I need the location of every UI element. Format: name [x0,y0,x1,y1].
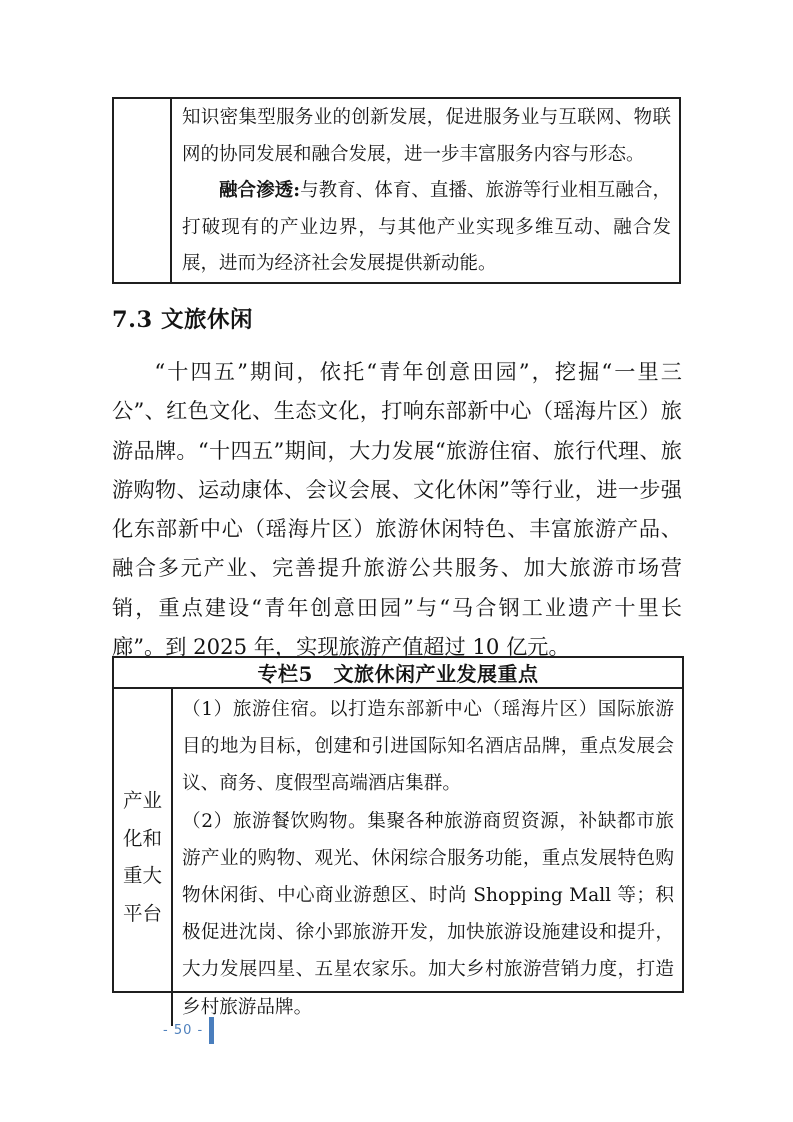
column5-content-cell: （1）旅游住宿。以打造东部新中心（瑶海片区）国际旅游目的地为目标，创建和引进国际… [173,689,682,1026]
section-paragraph: “十四五”期间，依托“青年创意田园”，挖掘“一里三公”、红色文化、生态文化，打响… [112,352,682,666]
column5-table-row: 产业 化和 重大 平台 （1）旅游住宿。以打造东部新中心（瑶海片区）国际旅游目的… [114,689,682,1026]
carryover-table-empty-cell [114,99,172,282]
carryover-paragraph-2: 融合渗透:与教育、体育、直播、旅游等行业相互融合，打破现有的产业边界，与其他产业… [182,173,671,283]
fusion-permeation-label: 融合渗透: [219,180,300,201]
column5-table-title: 专栏5 文旅休闲产业发展重点 [114,658,682,689]
carryover-paragraph-1: 知识密集型服务业的创新发展，促进服务业与互联网、物联网的协同发展和融合发展，进一… [182,100,671,173]
column5-item-2: （2）旅游餐饮购物。集聚各种旅游商贸资源，补缺都市旅游产业的购物、观光、休闲综合… [182,803,674,1026]
text-cursor-marker [209,1017,214,1044]
page-number: - 50 - [163,1023,203,1038]
section-heading: 7.3 文旅休闲 [112,302,253,334]
document-page: 知识密集型服务业的创新发展，促进服务业与互联网、物联网的协同发展和融合发展，进一… [0,0,793,1122]
page-footer: - 50 - [163,1016,214,1044]
column5-row-header: 产业 化和 重大 平台 [114,689,173,1026]
carryover-table-body-cell: 知识密集型服务业的创新发展，促进服务业与互联网、物联网的协同发展和融合发展，进一… [172,99,679,282]
carryover-table: 知识密集型服务业的创新发展，促进服务业与互联网、物联网的协同发展和融合发展，进一… [112,97,681,284]
column5-table: 专栏5 文旅休闲产业发展重点 产业 化和 重大 平台 （1）旅游住宿。以打造东部… [112,656,684,993]
column5-item-1: （1）旅游住宿。以打造东部新中心（瑶海片区）国际旅游目的地为目标，创建和引进国际… [182,691,674,803]
